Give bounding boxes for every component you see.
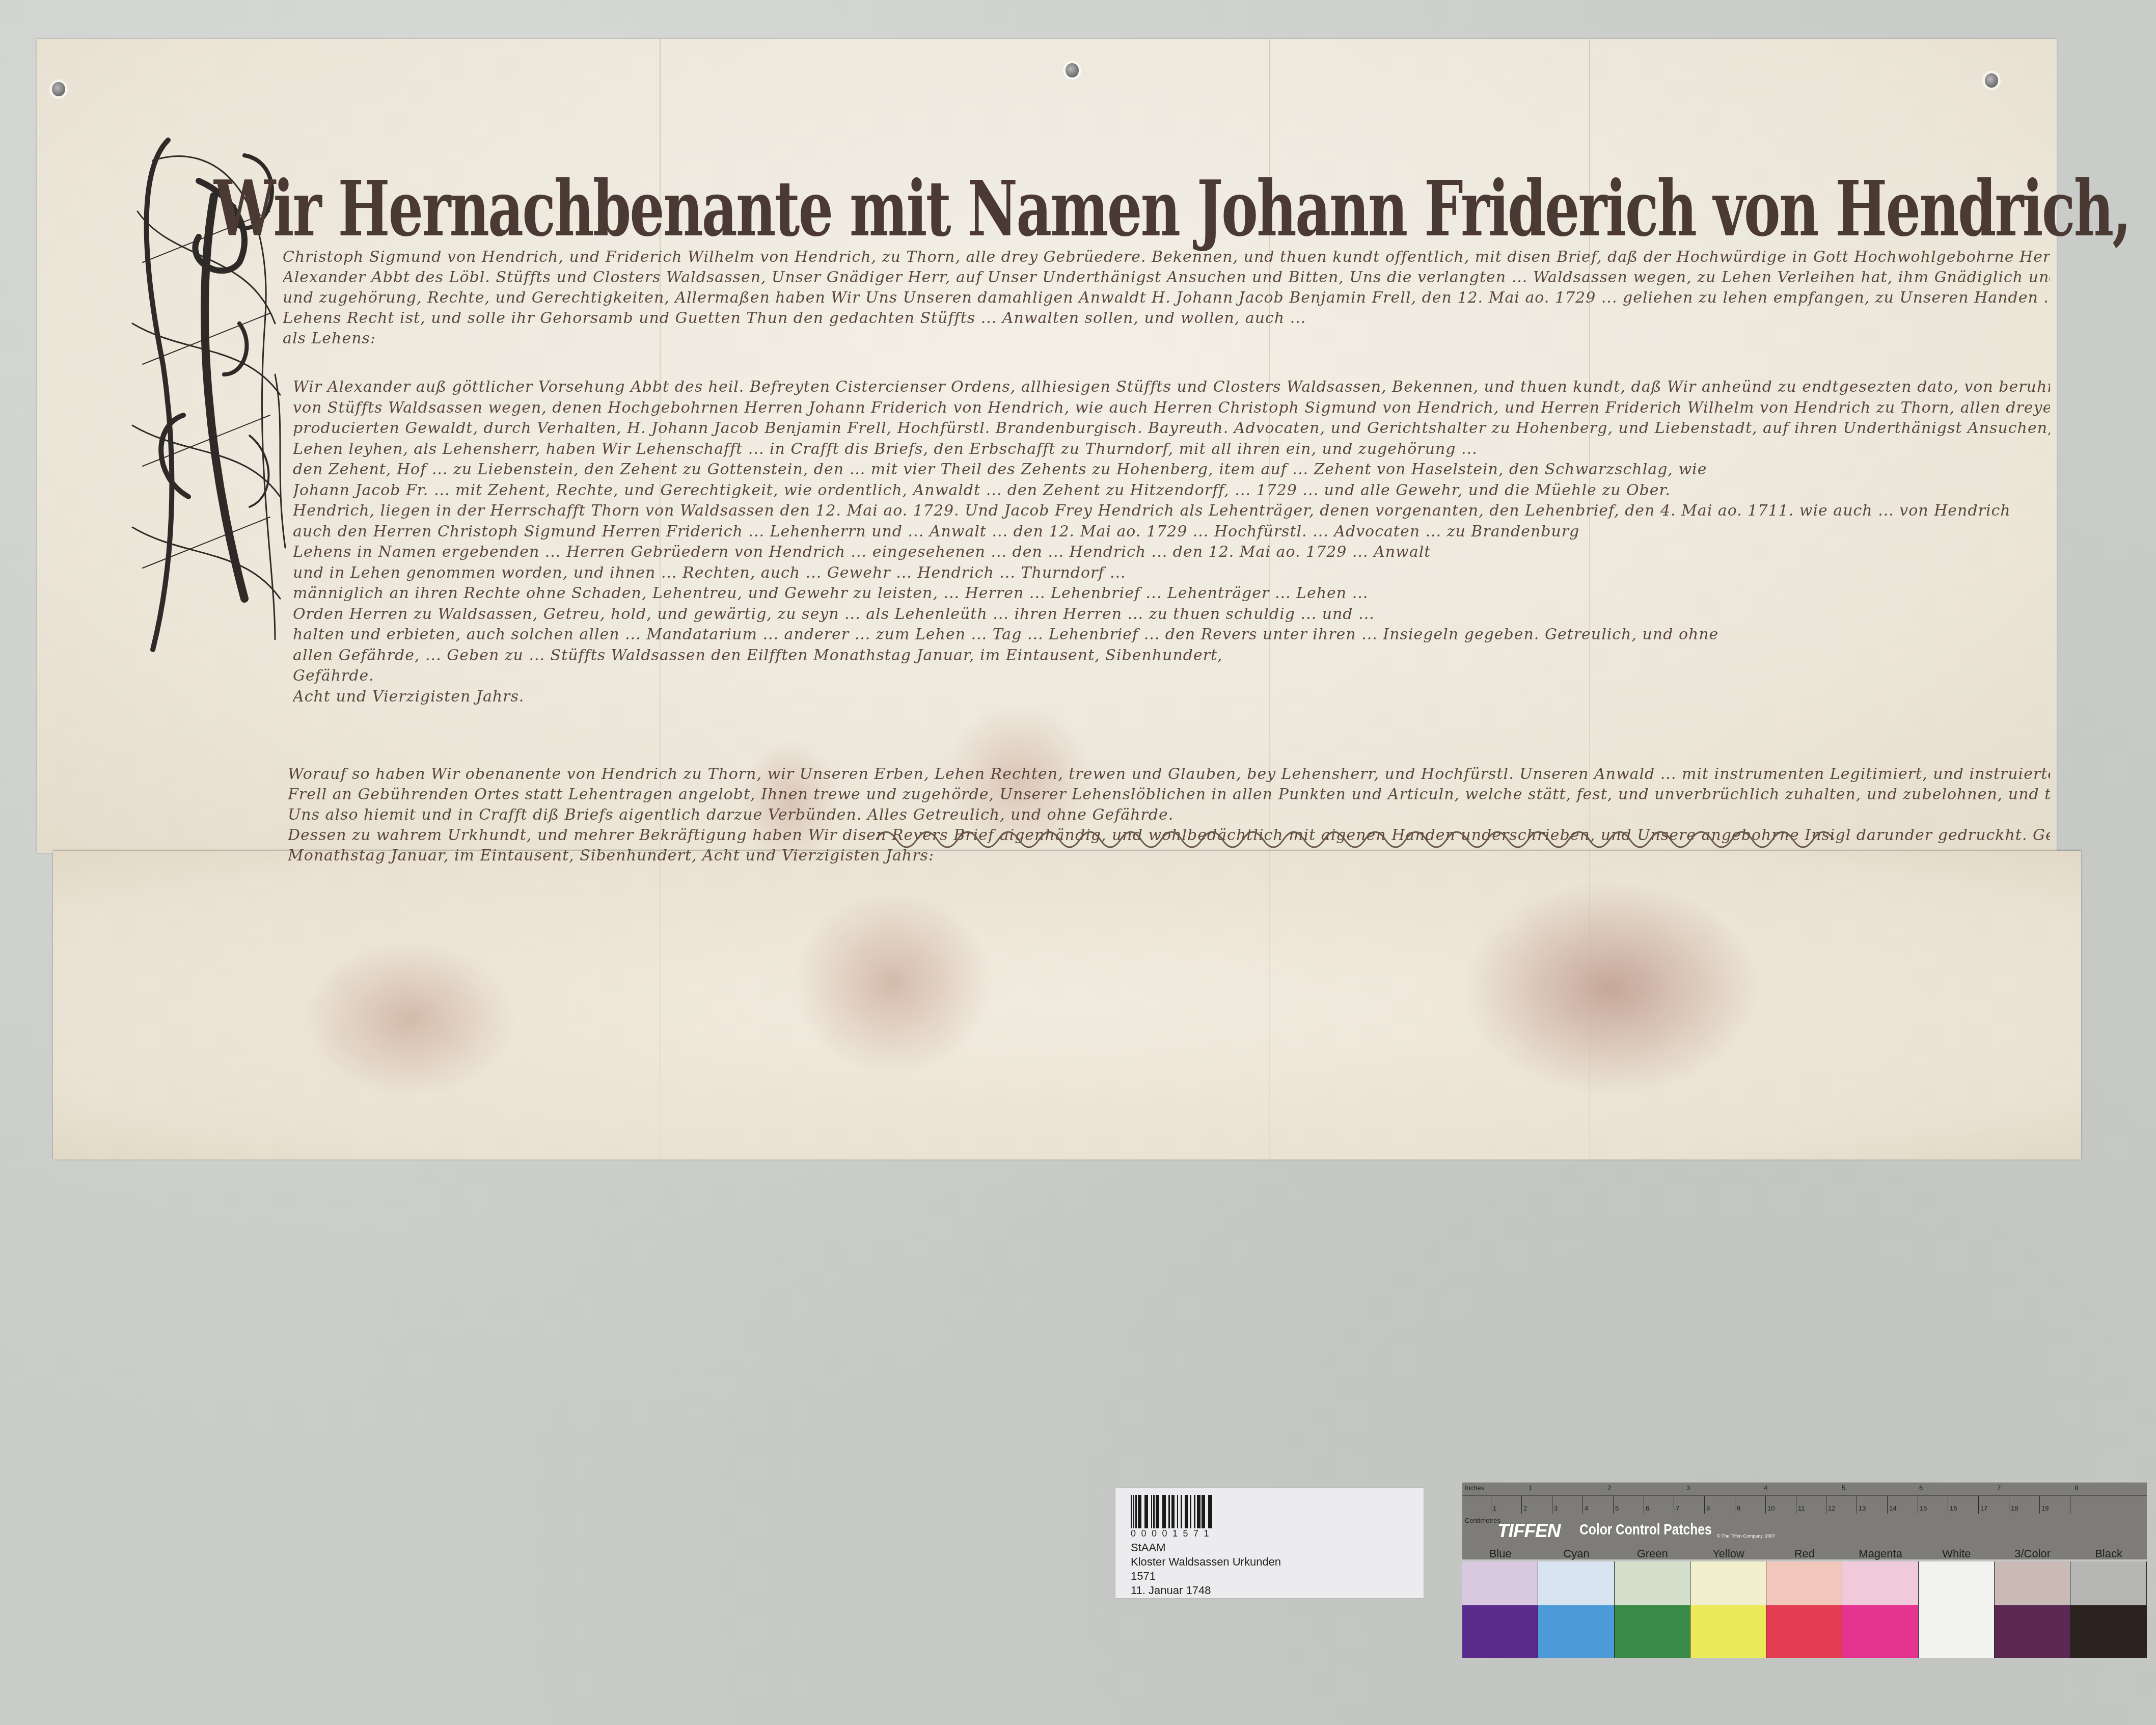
cm-tick: 17 (1980, 1504, 1987, 1512)
card-header: Inches 1 2 3 4 5 6 7 8 1 2 3 4 5 6 7 8 9… (1462, 1483, 2147, 1559)
patch-name-yellow: Yellow (1690, 1547, 1766, 1559)
patch-name-white: White (1919, 1547, 1995, 1559)
patch-white-light (1919, 1561, 1995, 1605)
mounting-hole (52, 82, 65, 96)
patch-blue-light (1462, 1561, 1538, 1605)
text-line: Christoph Sigmund von Hendrich, und Frid… (283, 247, 2050, 267)
cm-tick: 12 (1828, 1504, 1835, 1512)
text-line: und zugehörung, Rechte, und Gerechtigkei… (283, 288, 2050, 308)
inch-tick: 8 (2075, 1484, 2078, 1492)
patch-green-dark (1615, 1605, 1690, 1658)
patch-red-dark (1766, 1605, 1842, 1658)
cm-tick: 4 (1585, 1504, 1588, 1512)
patch-3color-light (1995, 1561, 2070, 1605)
label-date: 11. Januar 1748 (1131, 1583, 1281, 1598)
cm-tick: 16 (1950, 1504, 1957, 1512)
patch-name-black: Black (2070, 1547, 2146, 1559)
barcode-number: 00001571 (1131, 1528, 1214, 1539)
color-control-card: Inches 1 2 3 4 5 6 7 8 1 2 3 4 5 6 7 8 9… (1462, 1483, 2147, 1668)
text-line: Lehens in Namen ergebenden ... Herren Ge… (293, 542, 2050, 563)
cm-tick: 18 (2011, 1504, 2018, 1512)
inch-tick: 5 (1842, 1484, 1845, 1492)
charter-text-section-2: Wir Alexander auß göttlicher Vorsehung A… (293, 377, 2050, 707)
text-line: und in Lehen genommen worden, und ihnen … (293, 563, 2050, 584)
patch-magenta-dark (1842, 1605, 1918, 1658)
card-copyright: © The Tiffen Company, 2007 (1717, 1533, 1775, 1539)
patch-name-3color: 3/Color (1995, 1547, 2070, 1559)
dark-patch-row (1462, 1605, 2147, 1658)
cm-tick: 10 (1767, 1504, 1775, 1512)
cm-tick: 6 (1646, 1504, 1649, 1512)
text-line: auch den Herren Christoph Sigmund Herren… (293, 522, 2050, 543)
flourish-icon (876, 824, 1834, 855)
barcode-icon (1131, 1495, 1212, 1528)
mounting-hole (1066, 63, 1079, 77)
label-archive: StAAM (1131, 1541, 1281, 1555)
text-line: Hendrich, liegen in der Herrschafft Thor… (293, 501, 2050, 522)
patch-magenta-light (1842, 1561, 1918, 1605)
inch-tick: 1 (1529, 1484, 1532, 1492)
text-line: Orden Herren zu Waldsassen, Getreu, hold… (293, 604, 2050, 625)
mounting-hole (1985, 73, 1998, 88)
patch-name-blue: Blue (1462, 1547, 1538, 1559)
text-line: als Lehens: (283, 329, 2050, 349)
patch-red-light (1766, 1561, 1842, 1605)
label-collection: Kloster Waldsassen Urkunden (1131, 1555, 1281, 1569)
cm-tick: 13 (1859, 1504, 1866, 1512)
patch-green-light (1615, 1561, 1690, 1605)
cm-tick: 2 (1523, 1504, 1527, 1512)
label-text: StAAM Kloster Waldsassen Urkunden 1571 1… (1131, 1541, 1281, 1598)
cm-tick: 7 (1676, 1504, 1679, 1512)
text-line: Alexander Abbt des Löbl. Stüffts und Clo… (283, 267, 2050, 288)
inches-label: Inches (1465, 1484, 1484, 1492)
cm-tick: 9 (1737, 1504, 1740, 1512)
cm-tick: 11 (1798, 1504, 1805, 1512)
patch-3color-dark (1995, 1605, 2070, 1658)
patch-name-row: Blue Cyan Green Yellow Red Magenta White… (1462, 1547, 2147, 1559)
text-line: den Zehent, Hof ... zu Liebenstein, den … (293, 460, 2050, 480)
archive-label: 00001571 StAAM Kloster Waldsassen Urkund… (1115, 1488, 1424, 1598)
patch-name-red: Red (1766, 1547, 1842, 1559)
text-line: Uns also hiemit und in Crafft diß Briefs… (288, 805, 2050, 825)
light-patch-row (1462, 1561, 2147, 1605)
cm-tick: 19 (2041, 1504, 2049, 1512)
text-line: allen Gefährde, ... Geben zu ... Stüffts… (293, 645, 2050, 666)
inch-ruler: Inches 1 2 3 4 5 6 7 8 (1462, 1483, 2147, 1496)
cm-tick: 3 (1554, 1504, 1558, 1512)
cm-tick: 8 (1706, 1504, 1710, 1512)
text-line: männiglich an ihren Rechte ohne Schaden,… (293, 583, 2050, 604)
patch-yellow-light (1690, 1561, 1766, 1605)
patch-black-dark (2070, 1605, 2146, 1658)
text-line: von Stüffts Waldsassen wegen, denen Hoch… (293, 398, 2050, 419)
text-line: Worauf so haben Wir obenanente von Hendr… (288, 764, 2050, 785)
patch-cyan-light (1538, 1561, 1614, 1605)
card-title: Color Control Patches (1579, 1521, 1712, 1539)
centimetres-label: Centimetres (1465, 1517, 1500, 1524)
text-line: Lehens Recht ist, und solle ihr Gehorsam… (283, 308, 2050, 329)
text-line: halten und erbieten, auch solchen allen … (293, 625, 2050, 645)
tiffen-logo: TIFFEN (1497, 1520, 1560, 1542)
charter-plica-fold (53, 851, 2081, 1160)
text-line: Lehen leyhen, als Lehensherr, haben Wir … (293, 439, 2050, 460)
inch-tick: 2 (1607, 1484, 1611, 1492)
inch-tick: 3 (1686, 1484, 1690, 1492)
label-number: 1571 (1131, 1569, 1281, 1583)
cm-tick: 5 (1615, 1504, 1619, 1512)
patch-name-magenta: Magenta (1842, 1547, 1918, 1559)
text-line: producierten Gewaldt, durch Verhalten, H… (293, 418, 2050, 439)
text-line: Acht und Vierzigisten Jahrs. (293, 687, 2050, 708)
text-line: Wir Alexander auß göttlicher Vorsehung A… (293, 377, 2050, 398)
inch-tick: 7 (1997, 1484, 2001, 1492)
text-line: Johann Jacob Fr. ... mit Zehent, Rechte,… (293, 480, 2050, 501)
patch-name-green: Green (1615, 1547, 1690, 1559)
cm-tick: 14 (1889, 1504, 1896, 1512)
patch-black-light (2070, 1561, 2146, 1605)
decorative-flourish-line (876, 824, 1834, 855)
patch-cyan-dark (1538, 1605, 1614, 1658)
cm-ruler: 1 2 3 4 5 6 7 8 9 10 11 12 13 14 15 16 1… (1462, 1496, 2147, 1517)
patch-yellow-dark (1690, 1605, 1766, 1658)
patch-white-dark (1919, 1605, 1995, 1658)
cm-tick: 15 (1920, 1504, 1927, 1512)
charter-text-section-1: Christoph Sigmund von Hendrich, und Frid… (283, 247, 2050, 349)
inch-tick: 6 (1919, 1484, 1923, 1492)
patch-blue-dark (1462, 1605, 1538, 1658)
inch-tick: 4 (1764, 1484, 1767, 1492)
text-line: Frell an Gebührenden Ortes statt Lehentr… (288, 785, 2050, 805)
cm-tick: 1 (1493, 1504, 1496, 1512)
patch-name-cyan: Cyan (1538, 1547, 1614, 1559)
charter-heading: Wir Hernachbenante mit Namen Johann Frid… (214, 168, 1541, 250)
text-line: Gefährde. (293, 666, 2050, 687)
